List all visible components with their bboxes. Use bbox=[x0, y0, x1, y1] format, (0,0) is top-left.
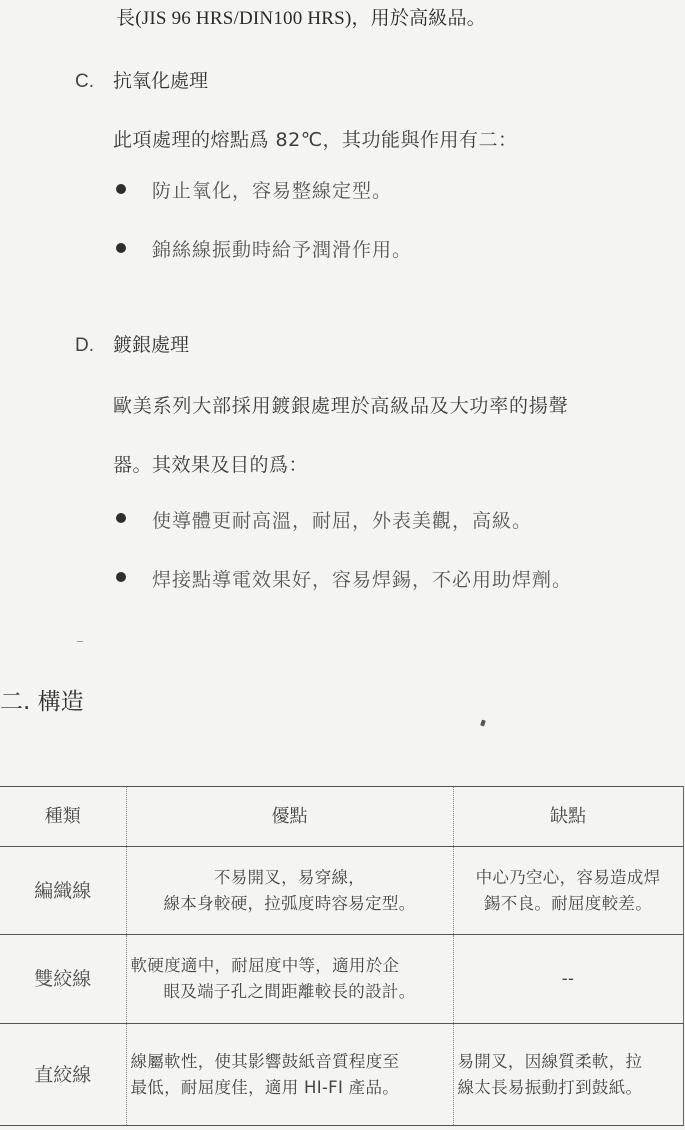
section-c-heading: C.抗氧化處理 bbox=[75, 66, 208, 93]
row-pros: 線屬軟性，使其影響鼓紙音質程度至 最低，耐屈度佳，適用 HI-FI 產品。 bbox=[126, 1024, 453, 1126]
pros-line: 最低，耐屈度佳，適用 HI-FI 產品。 bbox=[127, 1075, 453, 1101]
row-pros: 不易開叉，易穿線， 線本身較硬，拉弧度時容易定型。 bbox=[126, 847, 453, 935]
row-type: 直絞線 bbox=[0, 1024, 126, 1126]
table-row: 雙絞線 軟硬度適中，耐屈度中等，適用於企 眼及端子孔之間距離較長的設計。 -- bbox=[0, 935, 683, 1024]
header-type: 種類 bbox=[0, 787, 126, 847]
table-row: 編織線 不易開叉，易穿線， 線本身較硬，拉弧度時容易定型。 中心乃空心，容易造成… bbox=[0, 847, 683, 935]
wire-structure-table: 種類 優點 缺點 編織線 不易開叉，易穿線， 線本身較硬，拉弧度時容易定型。 中… bbox=[0, 786, 684, 1126]
row-type: 編織線 bbox=[0, 847, 126, 935]
header-cons: 缺點 bbox=[453, 787, 683, 847]
document-page: 長(JIS 96 HRS/DIN100 HRS)，用於高級品。 C.抗氧化處理 … bbox=[0, 0, 685, 1130]
pros-line: 眼及端子孔之間距離較長的設計。 bbox=[127, 979, 453, 1005]
section-c-title: 抗氧化處理 bbox=[113, 70, 208, 92]
section-c-intro: 此項處理的熔點爲 82℃，其功能與作用有二： bbox=[113, 125, 518, 152]
row-cons: 易開叉，因線質柔軟，拉 線太長易振動打到鼓紙。 bbox=[453, 1024, 683, 1126]
bullet-icon bbox=[116, 513, 126, 523]
row-cons: -- bbox=[453, 935, 683, 1024]
section-d-letter: D. bbox=[75, 335, 113, 357]
continuation-prefix: 長 bbox=[116, 7, 135, 29]
cons-line: 易開叉，因線質柔軟，拉 bbox=[454, 1049, 683, 1075]
chapter-heading: 二. 構造 bbox=[0, 683, 84, 716]
scan-speck bbox=[480, 719, 486, 726]
bullet-icon bbox=[116, 572, 126, 582]
row-type: 雙絞線 bbox=[0, 935, 126, 1024]
section-d-intro-line-2: 器。其效果及目的爲： bbox=[113, 450, 308, 477]
pros-line: 不易開叉，易穿線， bbox=[127, 865, 453, 891]
cons-line: -- bbox=[454, 966, 683, 992]
table-header-row: 種類 優點 缺點 bbox=[0, 787, 683, 847]
section-c-bullet-1: 防止氧化，容易整線定型。 bbox=[152, 176, 392, 203]
scan-mark bbox=[77, 641, 83, 642]
header-pros: 優點 bbox=[126, 787, 453, 847]
continuation-standard: (JIS 96 HRS/DIN100 HRS) bbox=[135, 8, 351, 29]
section-c-letter: C. bbox=[75, 71, 113, 93]
row-pros: 軟硬度適中，耐屈度中等，適用於企 眼及端子孔之間距離較長的設計。 bbox=[126, 935, 453, 1024]
section-c-bullet-2: 錦絲線振動時給予潤滑作用。 bbox=[152, 235, 412, 262]
table-row: 直絞線 線屬軟性，使其影響鼓紙音質程度至 最低，耐屈度佳，適用 HI-FI 產品… bbox=[0, 1024, 683, 1126]
bullet-icon bbox=[116, 243, 126, 253]
row-cons: 中心乃空心，容易造成焊 錫不良。耐屈度較差。 bbox=[453, 847, 683, 935]
bullet-icon bbox=[116, 184, 126, 194]
chapter-title: 構造 bbox=[38, 689, 84, 715]
continuation-line: 長(JIS 96 HRS/DIN100 HRS)，用於高級品。 bbox=[116, 3, 486, 30]
pros-line: 線本身較硬，拉弧度時容易定型。 bbox=[127, 891, 453, 917]
section-d-bullet-1: 使導體更耐高溫，耐屈，外表美觀，高級。 bbox=[152, 506, 532, 533]
cons-line: 線太長易振動打到鼓紙。 bbox=[454, 1075, 683, 1101]
pros-line: 軟硬度適中，耐屈度中等，適用於企 bbox=[127, 953, 453, 979]
section-d-bullet-2: 焊接點導電效果好，容易焊錫，不必用助焊劑。 bbox=[152, 565, 572, 592]
chapter-number: 二. bbox=[0, 689, 30, 715]
pros-line: 線屬軟性，使其影響鼓紙音質程度至 bbox=[127, 1049, 453, 1075]
cons-line: 錫不良。耐屈度較差。 bbox=[454, 891, 683, 917]
section-d-intro-line-1: 歐美系列大部採用鍍銀處理於高級品及大功率的揚聲 bbox=[113, 391, 568, 418]
section-d-heading: D.鍍銀處理 bbox=[75, 330, 189, 357]
cons-line: 中心乃空心，容易造成焊 bbox=[454, 865, 683, 891]
continuation-suffix: ，用於高級品。 bbox=[351, 7, 485, 29]
section-d-title: 鍍銀處理 bbox=[113, 334, 189, 356]
